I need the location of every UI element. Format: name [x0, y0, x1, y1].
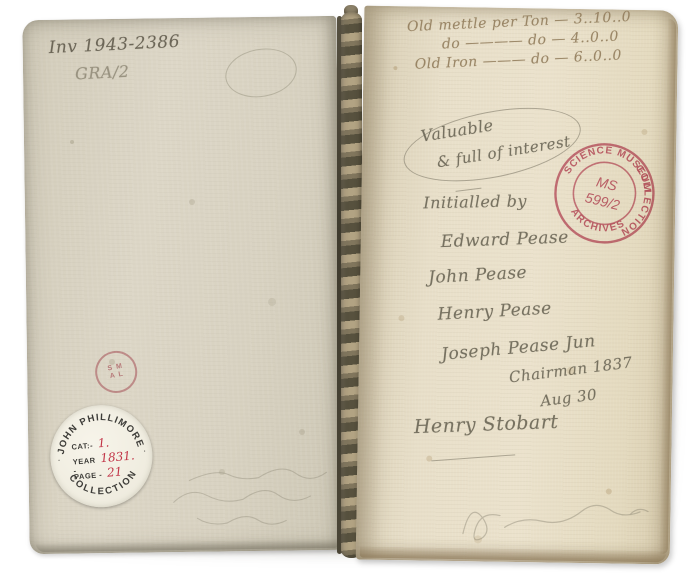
svg-text:ARCHIVES: ARCHIVES — [565, 205, 629, 241]
stamp-arc-bottom: ARCHIVES — [565, 205, 629, 241]
sm-monogram-stamp: S M A L — [92, 347, 141, 396]
price-note: Old mettle per Ton — 3..10..0 do ———— do… — [407, 8, 634, 75]
chairman-note: Chairman 1837 — [508, 353, 634, 386]
pease-name-3: Henry Pease — [437, 299, 552, 325]
book-photo: { "colors": { "background": "#ffffff", "… — [0, 0, 699, 576]
reference-code: GRA/2 — [75, 62, 130, 84]
date-note: Aug 30 — [539, 385, 598, 410]
initialled-note: Initialled by — [423, 191, 527, 212]
owner-signature: Henry Stobart — [413, 411, 558, 438]
left-inside-cover: Inv 1943-2386 GRA/2 S M A L JOHN PHILLIM… — [22, 16, 343, 554]
stamp-shelfmark-number: 599/2 — [584, 189, 622, 213]
signature-underline — [431, 454, 515, 461]
inventory-number: Inv 1943-2386 — [48, 32, 180, 58]
cat-value: 1. — [97, 435, 110, 450]
foxing-spots-left — [70, 140, 74, 144]
sm-stamp-line2: A L — [109, 371, 124, 381]
oval-scribble — [221, 43, 300, 103]
right-flyleaf: Old mettle per Ton — 3..10..0 do ———— do… — [356, 6, 679, 565]
pease-name-2: John Pease — [428, 263, 528, 288]
science-museum-stamp: SCIENCE MUSEUM COLLECTION ARCHIVES MS 59… — [551, 140, 659, 248]
valuable-underline — [456, 188, 482, 192]
cat-label: CAT:- — [71, 441, 93, 452]
foxing-spots-right — [393, 66, 397, 70]
